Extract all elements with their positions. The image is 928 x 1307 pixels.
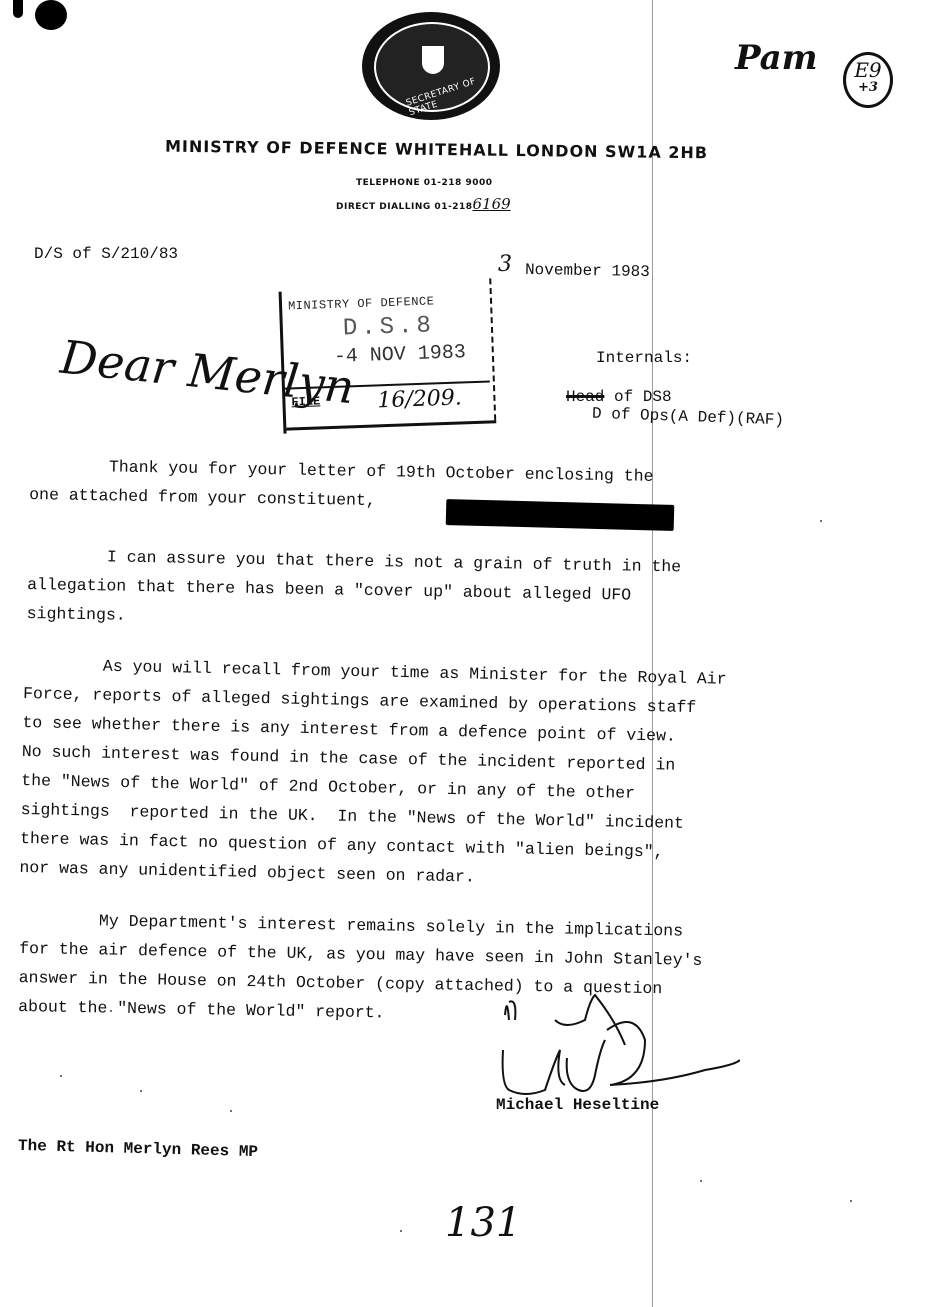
letter-page: SECRETARY OF STATE MINISTRY OF DEFENCE W… <box>0 0 928 1307</box>
crest-text: SECRETARY OF STATE <box>405 74 489 118</box>
circled-reference: E9 +3 <box>843 52 893 108</box>
stamp-organisation: MINISTRY OF DEFENCE <box>288 294 435 313</box>
letterhead-direct-dialling: DIRECT DIALLING 01-2186169 <box>336 195 511 213</box>
direct-dialling-label: DIRECT DIALLING 01-218 <box>336 202 472 212</box>
internals-label: Internals: <box>596 349 692 367</box>
handwritten-annotation: Pam <box>735 38 818 78</box>
ink-blot <box>35 0 67 30</box>
royal-crest-icon: SECRETARY OF STATE <box>362 12 500 120</box>
handwritten-signature-icon <box>495 990 740 1100</box>
internals-recipient: Head of DS8 <box>566 388 672 406</box>
struck-text: Head <box>566 388 604 406</box>
document-date: November 1983 <box>525 261 650 281</box>
document-reference: D/S of S/210/83 <box>34 245 178 263</box>
stamp-file-number: 16/209. <box>377 385 462 413</box>
redaction-bar <box>446 499 675 531</box>
handwritten-folio-number: 131 <box>445 1200 521 1246</box>
body-paragraph-3: As you will recall from your time as Min… <box>19 650 727 897</box>
circled-reference-sub: +3 <box>846 79 890 97</box>
direct-dialling-extension: 6169 <box>472 195 510 213</box>
shield-icon <box>422 46 444 74</box>
stamp-division: D.S.8 <box>342 312 435 342</box>
letterhead-telephone: TELEPHONE 01-218 9000 <box>356 178 493 188</box>
ink-blot <box>13 0 23 18</box>
handwritten-date-day: 3 <box>498 252 512 277</box>
body-paragraph-2: I can assure you that there is not a gra… <box>26 541 681 639</box>
signatory-name: Michael Heseltine <box>496 1096 659 1114</box>
internals-recipient: D of Ops(A Def)(RAF) <box>592 405 785 430</box>
letterhead-organisation: MINISTRY OF DEFENCE WHITEHALL LONDON SW1… <box>165 137 708 163</box>
recipient-name: The Rt Hon Merlyn Rees MP <box>18 1137 258 1161</box>
